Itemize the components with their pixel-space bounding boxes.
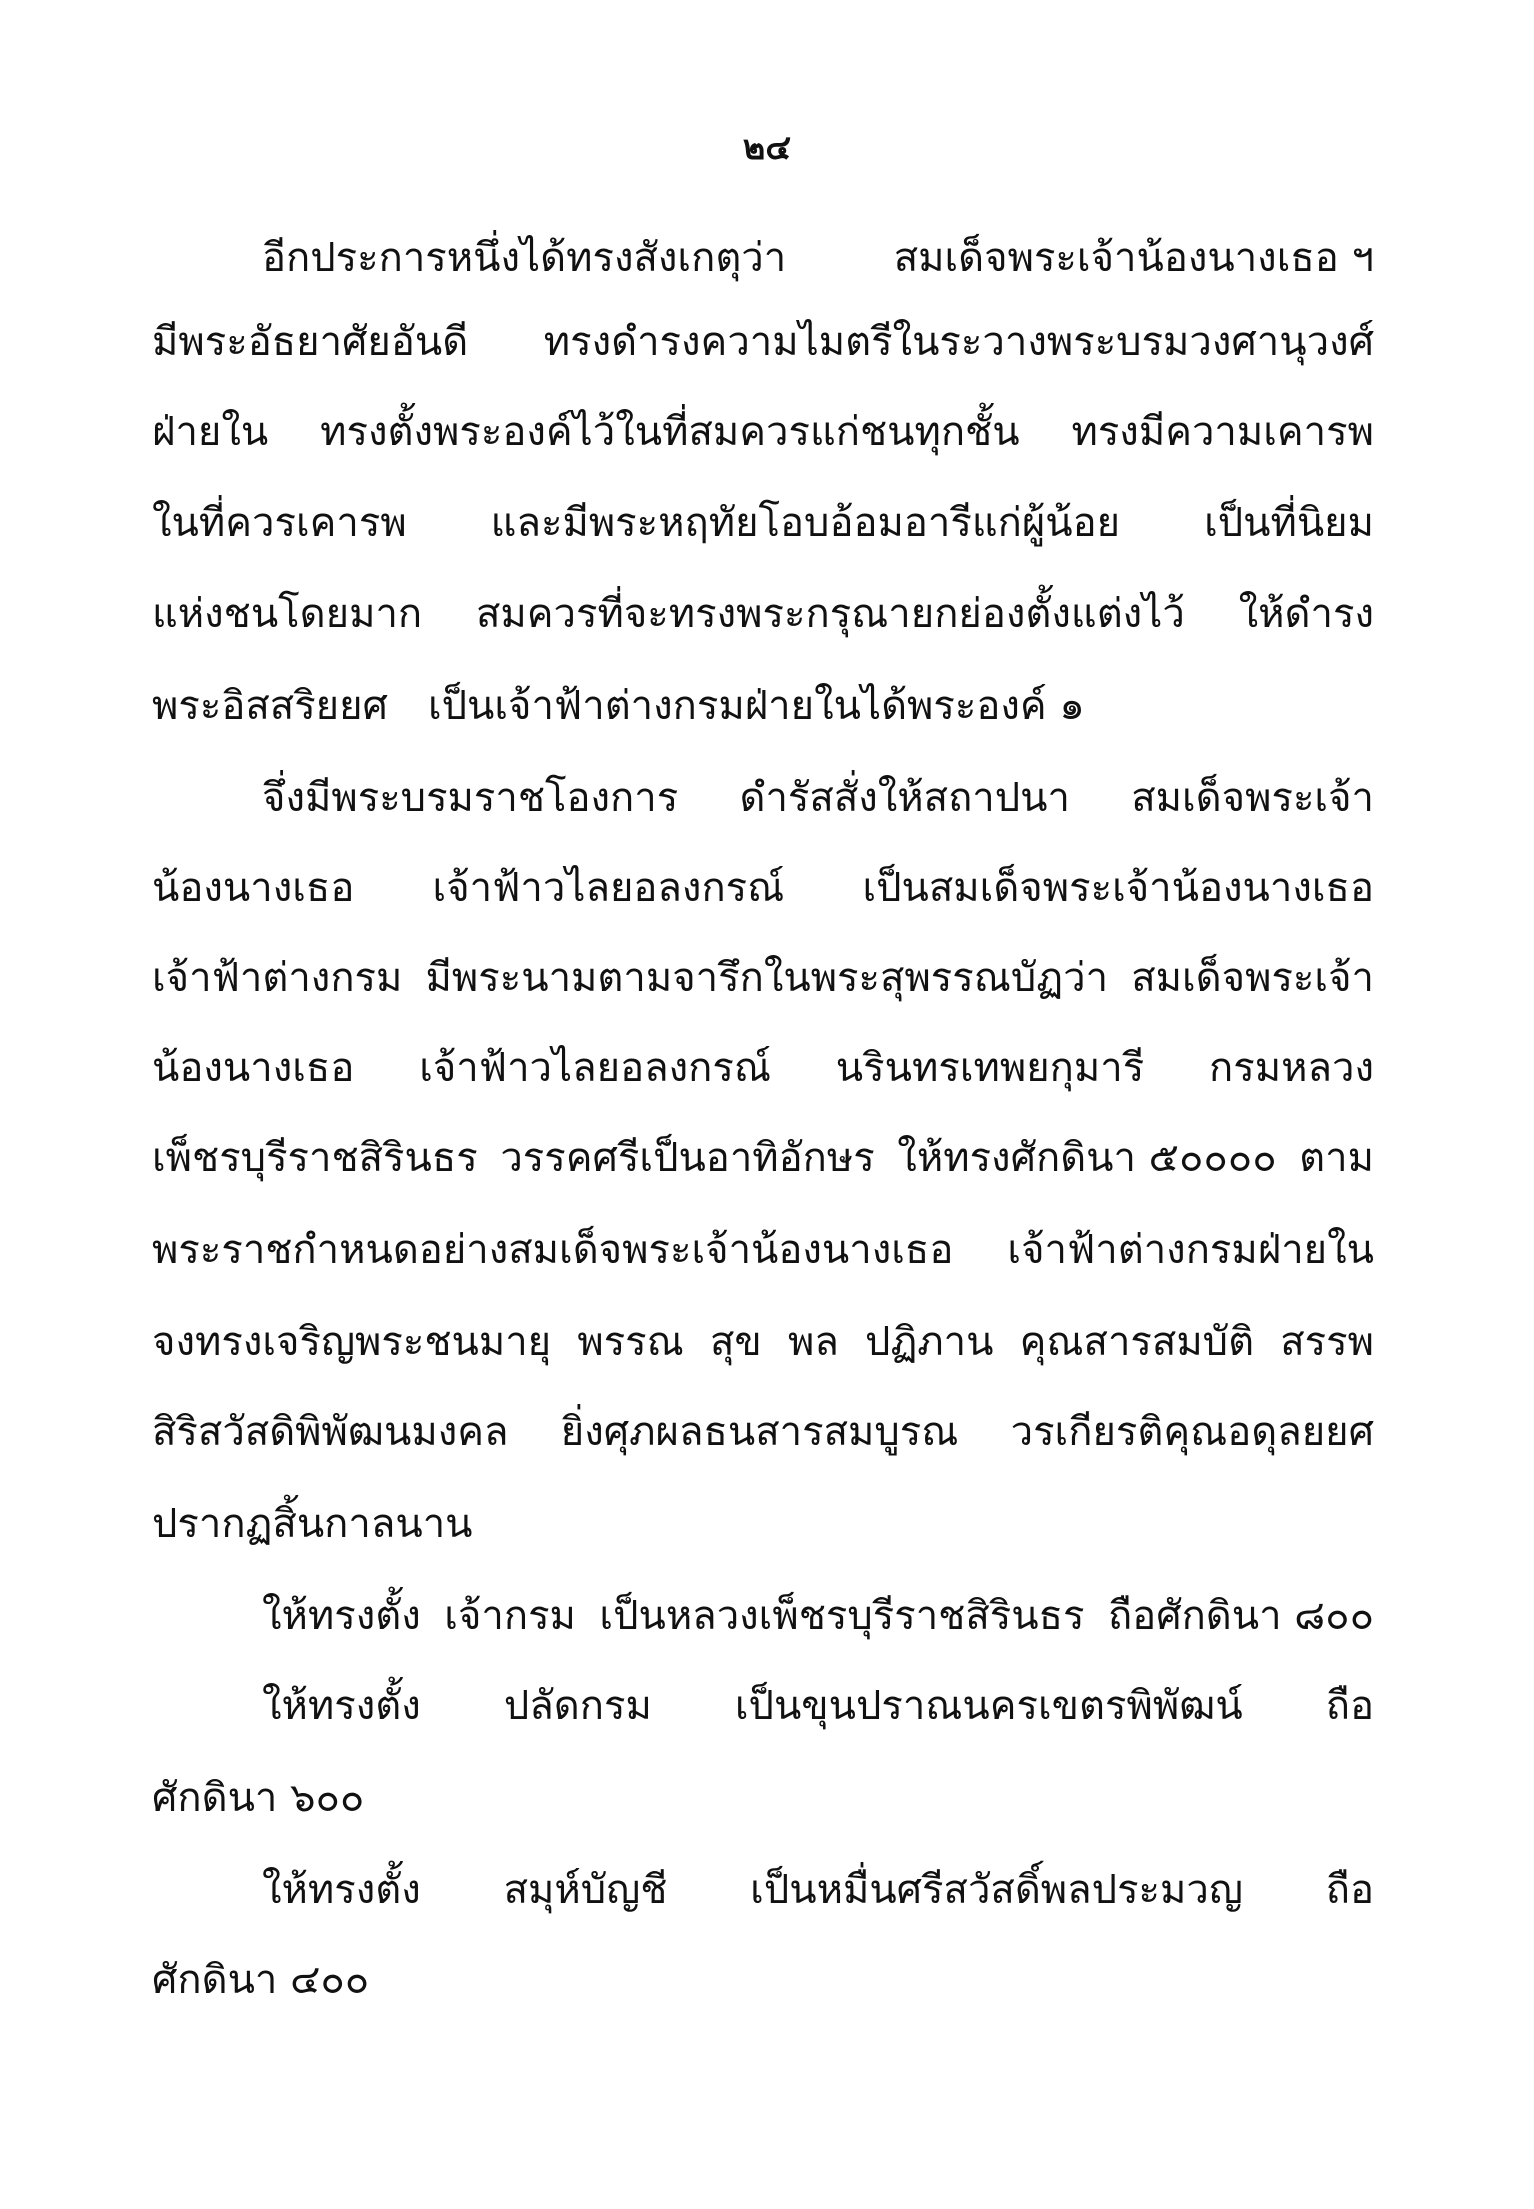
text-segment: สิริสวัสดิพิพัฒนมงคล — [152, 1402, 509, 1462]
text-segment: ทรงมีความเคารพ — [1071, 402, 1374, 462]
text-segment: ศักดินา ๔๐๐ — [152, 1950, 369, 2010]
text-segment: วรรคศรีเป็นอาทิอักษร — [500, 1128, 874, 1188]
text-segment: เจ้ากรม — [444, 1586, 576, 1646]
text-segment: และมีพระหฤทัยโอบอ้อมอารีแก่ผู้น้อย — [491, 493, 1120, 553]
text-line: น้องนางเธอ เจ้าฟ้าวไลยอลงกรณ์ นรินทรเทพย… — [152, 1038, 1374, 1098]
text-segment: กรมหลวง — [1209, 1038, 1374, 1098]
text-segment: เป็นที่นิยม — [1204, 493, 1374, 553]
text-segment: ให้ทรงศักดินา ๕๐๐๐๐ — [897, 1128, 1276, 1188]
text-segment: ทรงตั้งพระองค์ไว้ในที่สมควรแก่ชนทุกชั้น — [320, 402, 1019, 462]
text-line: พระอิสสริยยศ เป็นเจ้าฟ้าต่างกรมฝ่ายในได้… — [152, 676, 1374, 736]
text-line: จึ่งมีพระบรมราชโองการ ดำรัสสั่งให้สถาปนา… — [262, 768, 1374, 828]
text-segment: ให้ทรงตั้ง — [262, 1860, 421, 1920]
text-segment: ให้ดำรง — [1239, 584, 1374, 644]
text-segment: ทรงดำรงความไมตรีในระวางพระบรมวงศานุวงศ์ — [544, 312, 1374, 372]
text-segment: แห่งชนโดยมาก — [152, 584, 422, 644]
text-segment: สมควรที่จะทรงพระกรุณายกย่องตั้งแต่งไว้ — [476, 584, 1185, 644]
text-line: ให้ทรงตั้ง ปลัดกรม เป็นขุนปราณนครเขตรพิพ… — [262, 1676, 1374, 1736]
text-line: ศักดินา ๖๐๐ — [152, 1768, 1374, 1828]
text-segment: เพ็ชรบุรีราชสิรินธร — [152, 1128, 478, 1188]
page-number: ๒๔ — [0, 128, 1534, 168]
text-line: จงทรงเจริญพระชนมายุ พรรณ สุข พล ปฏิภาน ค… — [152, 1312, 1374, 1372]
text-line: อีกประการหนึ่งได้ทรงสังเกตุว่า สมเด็จพระ… — [262, 228, 1374, 288]
text-line: ศักดินา ๔๐๐ — [152, 1950, 1374, 2010]
text-segment: เป็นเจ้าฟ้าต่างกรมฝ่ายในได้พระองค์ ๑ — [428, 676, 1085, 736]
text-segment: ให้ทรงตั้ง — [262, 1586, 421, 1646]
text-segment: เจ้าฟ้าวไลยอลงกรณ์ — [433, 858, 785, 918]
text-segment: สมเด็จพระเจ้า — [1131, 768, 1374, 828]
text-segment: พระราชกำหนดอย่างสมเด็จพระเจ้าน้องนางเธอ — [152, 1220, 953, 1280]
document-page: ๒๔ อีกประการหนึ่งได้ทรงสังเกตุว่า สมเด็จ… — [0, 0, 1534, 2209]
text-segment: จงทรงเจริญพระชนมายุ — [152, 1312, 551, 1372]
text-segment: อีกประการหนึ่งได้ทรงสังเกตุว่า — [262, 228, 786, 288]
text-line: ให้ทรงตั้ง เจ้ากรม เป็นหลวงเพ็ชรบุรีราชส… — [262, 1586, 1374, 1646]
text-line: สิริสวัสดิพิพัฒนมงคล ยิ่งศุภผลธนสารสมบูร… — [152, 1402, 1374, 1462]
text-line: พระราชกำหนดอย่างสมเด็จพระเจ้าน้องนางเธอ … — [152, 1220, 1374, 1280]
text-segment: พล — [788, 1312, 839, 1372]
text-segment: พรรณ — [577, 1312, 683, 1372]
text-segment: สรรพ — [1280, 1312, 1374, 1372]
text-line: น้องนางเธอ เจ้าฟ้าวไลยอลงกรณ์ เป็นสมเด็จ… — [152, 858, 1374, 918]
text-segment: เป็นสมเด็จพระเจ้าน้องนางเธอ — [862, 858, 1374, 918]
text-segment: เป็นขุนปราณนครเขตรพิพัฒน์ — [735, 1676, 1243, 1736]
text-segment: ถือศักดินา ๘๐๐ — [1108, 1586, 1374, 1646]
text-segment: พระอิสสริยยศ — [152, 676, 388, 736]
text-segment: ถือ — [1326, 1676, 1374, 1736]
text-segment: สุข — [710, 1312, 762, 1372]
text-segment: เจ้าฟ้าวไลยอลงกรณ์ — [419, 1038, 771, 1098]
text-line: ปรากฏสิ้นกาลนาน — [152, 1494, 1374, 1554]
text-line: ฝ่ายใน ทรงตั้งพระองค์ไว้ในที่สมควรแก่ชนท… — [152, 402, 1374, 462]
text-segment: สมเด็จพระเจ้า — [1131, 948, 1374, 1008]
text-segment: มีพระนามตามจารึกในพระสุพรรณบัฏว่า — [426, 948, 1109, 1008]
text-segment: จึ่งมีพระบรมราชโองการ — [262, 768, 678, 828]
text-segment: ในที่ควรเคารพ — [152, 493, 407, 553]
text-segment: มีพระอัธยาศัยอันดี — [152, 312, 468, 372]
text-segment: วรเกียรติคุณอดุลยยศ — [1011, 1402, 1374, 1462]
text-segment: ดำรัสสั่งให้สถาปนา — [739, 768, 1069, 828]
text-segment: ฝ่ายใน — [152, 402, 268, 462]
text-segment: นรินทรเทพยกุมารี — [836, 1038, 1144, 1098]
text-segment: ถือ — [1326, 1860, 1374, 1920]
text-line: เพ็ชรบุรีราชสิรินธร วรรคศรีเป็นอาทิอักษร… — [152, 1128, 1374, 1188]
text-segment: สมเด็จพระเจ้าน้องนางเธอ ฯ — [894, 228, 1374, 288]
text-segment: ยิ่งศุภผลธนสารสมบูรณ — [561, 1402, 959, 1462]
text-line: แห่งชนโดยมาก สมควรที่จะทรงพระกรุณายกย่อง… — [152, 584, 1374, 644]
text-segment: น้องนางเธอ — [152, 858, 354, 918]
text-segment: ศักดินา ๖๐๐ — [152, 1768, 364, 1828]
text-segment: เจ้าฟ้าต่างกรมฝ่ายใน — [1007, 1220, 1374, 1280]
text-segment: สมุห์บัญชี — [504, 1860, 668, 1920]
text-line: ให้ทรงตั้ง สมุห์บัญชี เป็นหมื่นศรีสวัสดิ… — [262, 1860, 1374, 1920]
text-line: เจ้าฟ้าต่างกรม มีพระนามตามจารึกในพระสุพร… — [152, 948, 1374, 1008]
text-segment: น้องนางเธอ — [152, 1038, 354, 1098]
text-line: ในที่ควรเคารพ และมีพระหฤทัยโอบอ้อมอารีแก… — [152, 493, 1374, 553]
text-segment: ตาม — [1299, 1128, 1374, 1188]
text-segment: คุณสารสมบัติ — [1020, 1312, 1254, 1372]
text-line: มีพระอัธยาศัยอันดี ทรงดำรงความไมตรีในระว… — [152, 312, 1374, 372]
text-segment: เจ้าฟ้าต่างกรม — [152, 948, 402, 1008]
text-segment: ปฏิภาน — [865, 1312, 993, 1372]
text-segment: ให้ทรงตั้ง — [262, 1676, 421, 1736]
text-segment: ปลัดกรม — [504, 1676, 652, 1736]
text-segment: เป็นหมื่นศรีสวัสดิ์พลประมวญ — [750, 1860, 1243, 1920]
text-segment: เป็นหลวงเพ็ชรบุรีราชสิรินธร — [599, 1586, 1084, 1646]
text-segment: ปรากฏสิ้นกาลนาน — [152, 1494, 473, 1554]
